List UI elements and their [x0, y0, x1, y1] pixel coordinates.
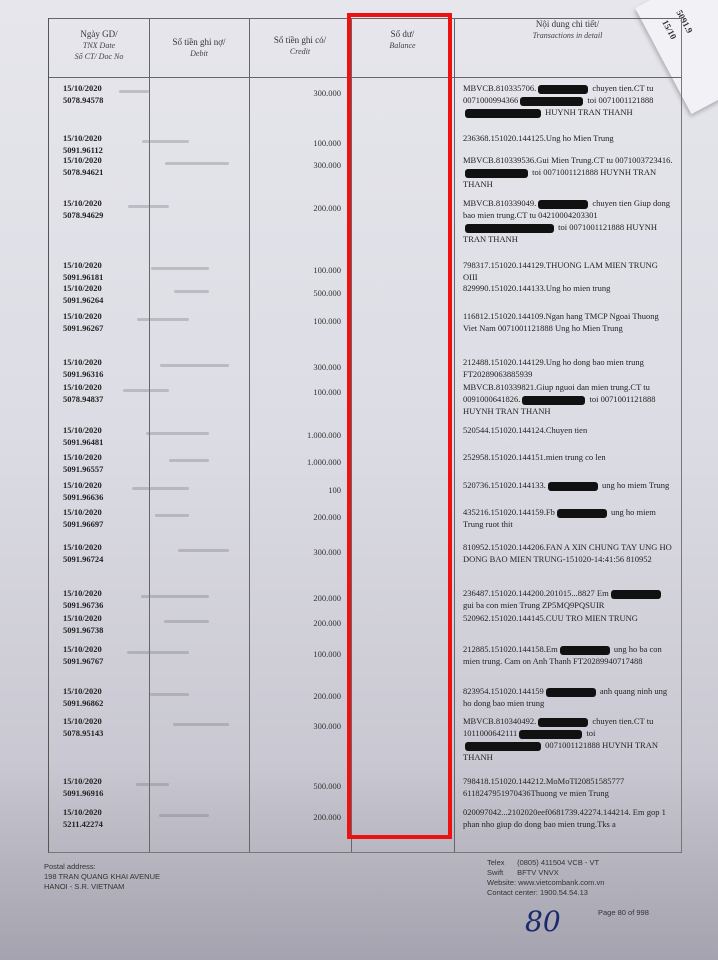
redaction-bar: [538, 85, 588, 94]
row-credit: 300.000: [261, 547, 341, 557]
row-date: 15/10/20205091.96112: [63, 132, 103, 156]
row-date: 15/10/20205091.96557: [63, 451, 103, 475]
page-number: Page 80 of 998: [598, 908, 649, 917]
row-detail: 212488.151020.144129.Ung ho dong bao mie…: [463, 356, 673, 380]
row-detail: 236487.151020.144200.201015...8827 Em gu…: [463, 587, 673, 611]
row-credit: 200.000: [261, 812, 341, 822]
bank-contact: Telex (0805) 411504 VCB - VT Swift BFTV …: [487, 858, 604, 898]
redaction-bar: [538, 718, 588, 727]
statement-page: 15/10 5091.9 Ngày GD/ TNX Date Số CT/ Do…: [0, 0, 718, 960]
row-credit: 200.000: [261, 512, 341, 522]
row-date: 15/10/20205091.96738: [63, 612, 103, 636]
row-credit: 300.000: [261, 160, 341, 170]
row-detail: 212885.151020.144158.Em ung ho ba con mi…: [463, 643, 673, 667]
row-date: 15/10/20205091.96316: [63, 356, 103, 380]
row-credit: 500.000: [261, 288, 341, 298]
row-date: 15/10/20205091.96181: [63, 259, 103, 283]
row-date: 15/10/20205091.96481: [63, 424, 103, 448]
redaction-bar: [520, 97, 583, 106]
redaction-bar: [546, 688, 596, 697]
row-detail: 020097042...2102020eef0681739.42274.1442…: [463, 806, 673, 830]
row-detail: 810952.151020.144206.FAN A XIN CHUNG TAY…: [463, 541, 673, 565]
row-credit: 1.000.000: [261, 457, 341, 467]
row-date: 15/10/20205091.96636: [63, 479, 103, 503]
row-credit: 100.000: [261, 387, 341, 397]
redaction-bar: [557, 509, 607, 518]
row-detail: 520544.151020.144124.Chuyen tien: [463, 424, 673, 436]
redaction-bar: [548, 482, 598, 491]
header-debit: Số tiền ghi nợ/ Debit: [149, 37, 249, 59]
header-detail: Nội dung chi tiết/ Transactions in detai…: [454, 19, 681, 41]
row-detail: 520962.151020.144145.CUU TRO MIEN TRUNG: [463, 612, 673, 624]
row-date: 15/10/20205091.96916: [63, 775, 103, 799]
row-date: 15/10/20205091.96862: [63, 685, 103, 709]
row-detail: MBVCB.810335706. chuyen tien.CT tu 00710…: [463, 82, 673, 118]
row-credit: 100: [261, 485, 341, 495]
redaction-bar: [538, 200, 588, 209]
row-detail: 116812.151020.144109.Ngan hang TMCP Ngoa…: [463, 310, 673, 334]
row-credit: 100.000: [261, 649, 341, 659]
row-detail: 252958.151020.144151.mien trung co len: [463, 451, 673, 463]
header-credit: Số tiền ghi có/ Credit: [249, 35, 351, 57]
redaction-bar: [465, 109, 541, 118]
redaction-bar: [611, 590, 661, 599]
row-credit: 500.000: [261, 781, 341, 791]
redaction-bar: [560, 646, 610, 655]
row-credit: 200.000: [261, 691, 341, 701]
row-credit: 200.000: [261, 203, 341, 213]
redaction-bar: [465, 224, 554, 233]
row-date: 15/10/20205091.96267: [63, 310, 103, 334]
row-date: 15/10/20205091.96697: [63, 506, 103, 530]
row-detail: 829990.151020.144133.Ung ho mien trung: [463, 282, 673, 294]
row-credit: 300.000: [261, 362, 341, 372]
row-date: 15/10/20205211.42274: [63, 806, 103, 830]
row-detail: 435216.151020.144159.Fb ung ho miem Trun…: [463, 506, 673, 530]
row-credit: 100.000: [261, 316, 341, 326]
row-detail: 798317.151020.144129.THUONG LAM MIEN TRU…: [463, 259, 673, 283]
row-detail: 520736.151020.144133. ung ho miem Trung: [463, 479, 673, 491]
row-detail: MBVCB.810339536.Gui Mien Trung.CT tu 007…: [463, 154, 673, 190]
row-detail: MBVCB.810340492. chuyen tien.CT tu 10110…: [463, 715, 673, 763]
row-date: 15/10/20205078.94621: [63, 154, 103, 178]
row-date: 15/10/20205078.94837: [63, 381, 103, 405]
row-credit: 100.000: [261, 138, 341, 148]
row-detail: 823954.151020.144159 anh quang ninh ung …: [463, 685, 673, 709]
row-credit: 200.000: [261, 618, 341, 628]
row-detail: 798418.151020.144212.MoMoTI20851585777 6…: [463, 775, 673, 799]
row-credit: 300.000: [261, 721, 341, 731]
row-date: 15/10/20205091.96767: [63, 643, 103, 667]
balance-column-highlight: [347, 13, 452, 839]
header-date: Ngày GD/ TNX Date Số CT/ Doc No: [49, 29, 149, 62]
redaction-bar: [519, 730, 582, 739]
handwritten-page-number: 80: [525, 905, 561, 938]
row-detail: MBVCB.810339821.Giup nguoi dan mien trun…: [463, 381, 673, 417]
row-credit: 100.000: [261, 265, 341, 275]
redaction-bar: [465, 742, 541, 751]
row-date: 15/10/20205078.94629: [63, 197, 103, 221]
row-credit: 200.000: [261, 593, 341, 603]
row-detail: MBVCB.810339049. chuyen tien Giup dong b…: [463, 197, 673, 245]
redaction-bar: [522, 396, 585, 405]
row-credit: 300.000: [261, 88, 341, 98]
row-date: 15/10/20205091.96264: [63, 282, 103, 306]
row-date: 15/10/20205078.94578: [63, 82, 103, 106]
row-date: 15/10/20205078.95143: [63, 715, 103, 739]
row-date: 15/10/20205091.96736: [63, 587, 103, 611]
redaction-bar: [465, 169, 528, 178]
row-date: 15/10/20205091.96724: [63, 541, 103, 565]
row-credit: 1.000.000: [261, 430, 341, 440]
postal-address: Postal address: 198 TRAN QUANG KHAI AVEN…: [44, 862, 160, 892]
row-detail: 236368.151020.144125.Ung ho Mien Trung: [463, 132, 673, 144]
